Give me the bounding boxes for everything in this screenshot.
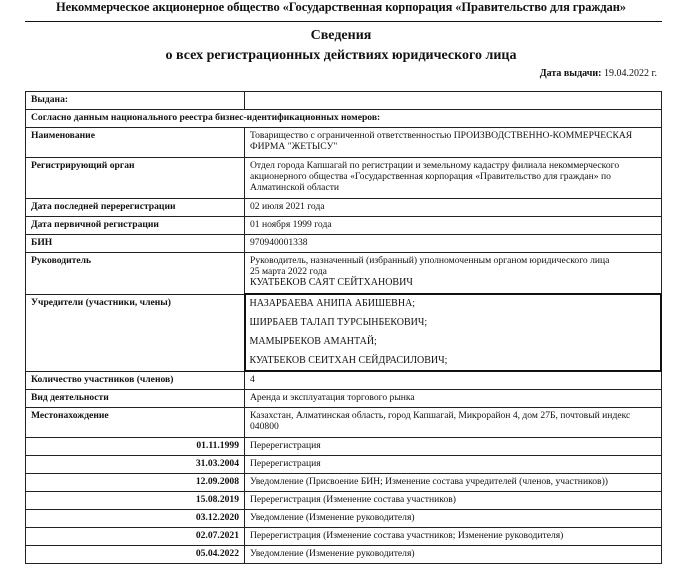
table-row-last-reregistration: Дата последней перерегистрации 02 июля 2… bbox=[26, 199, 662, 217]
action-row: 02.07.2021 Перерегистрация (Изменение со… bbox=[26, 528, 662, 546]
action-date: 05.04.2022 bbox=[26, 546, 245, 564]
document-title: Сведения bbox=[0, 28, 682, 44]
row-label: Вид деятельности bbox=[26, 390, 245, 408]
action-description: Перерегистрация (Изменение состава участ… bbox=[245, 492, 662, 510]
table-row-director: Руководитель Руководитель, назначенный (… bbox=[26, 253, 662, 295]
action-row: 15.08.2019 Перерегистрация (Изменение со… bbox=[26, 492, 662, 510]
action-row: 05.04.2022 Уведомление (Изменение руково… bbox=[26, 546, 662, 564]
header-divider bbox=[25, 21, 662, 22]
row-label: Дата первичной регистрации bbox=[26, 217, 245, 235]
row-label: Руководитель bbox=[26, 253, 245, 295]
action-row: 12.09.2008 Уведомление (Присвоение БИН; … bbox=[26, 474, 662, 492]
action-date: 01.11.1999 bbox=[26, 438, 245, 456]
action-row: 01.11.1999 Перерегистрация bbox=[26, 438, 662, 456]
row-label: БИН bbox=[26, 235, 245, 253]
table-row-registering-authority: Регистрирующий орган Отдел города Капшаг… bbox=[26, 158, 662, 199]
action-description: Перерегистрация bbox=[245, 438, 662, 456]
action-date: 03.12.2020 bbox=[26, 510, 245, 528]
table-row-bin: БИН 970940001338 bbox=[26, 235, 662, 253]
row-value: Аренда и эксплуатация торгового рынка bbox=[245, 390, 662, 408]
issue-date-value: 19.04.2022 г. bbox=[604, 68, 657, 79]
action-description: Перерегистрация (Изменение состава участ… bbox=[245, 528, 662, 546]
registry-note: Согласно данным национального реестра би… bbox=[26, 110, 662, 128]
founder-item: НАЗАРБАЕВА АНИПА АБИШЕВНА; bbox=[246, 295, 661, 313]
organization-header: Некоммерческое акционерное общество «Гос… bbox=[0, 0, 682, 14]
director-value: Руководитель, назначенный (избранный) уп… bbox=[245, 253, 662, 295]
action-row: 03.12.2020 Уведомление (Изменение руково… bbox=[26, 510, 662, 528]
action-date: 02.07.2021 bbox=[26, 528, 245, 546]
action-description: Уведомление (Изменение руководителя) bbox=[245, 510, 662, 528]
director-name: КУАТБЕКОВ САЯТ СЕЙТХАНОВИЧ bbox=[250, 277, 655, 289]
issue-date-label: Дата выдачи: bbox=[540, 68, 602, 79]
action-description: Перерегистрация bbox=[245, 456, 662, 474]
founder-item: ШИРБАЕВ ТАЛАП ТУРСЫНБЕКОВИЧ; bbox=[246, 313, 661, 332]
table-row-location: Местонахождение Казахстан, Алматинская о… bbox=[26, 408, 662, 438]
row-value: Отдел города Капшагай по регистрации и з… bbox=[245, 158, 662, 199]
issued-to-value bbox=[245, 92, 662, 110]
registry-note-row: Согласно данным национального реестра би… bbox=[26, 110, 662, 128]
action-row: 31.03.2004 Перерегистрация bbox=[26, 456, 662, 474]
row-value: Товарищество с ограниченной ответственно… bbox=[245, 128, 662, 158]
row-value: Казахстан, Алматинская область, город Ка… bbox=[245, 408, 662, 438]
row-value: 970940001338 bbox=[245, 235, 662, 253]
action-date: 15.08.2019 bbox=[26, 492, 245, 510]
action-date: 12.09.2008 bbox=[26, 474, 245, 492]
director-date: 25 марта 2022 года bbox=[250, 266, 655, 277]
row-label: Учредители (участники, члены) bbox=[26, 294, 245, 371]
row-value: 02 июля 2021 года bbox=[245, 199, 662, 217]
row-label: Количество участников (членов) bbox=[26, 371, 245, 390]
action-description: Уведомление (Изменение руководителя) bbox=[245, 546, 662, 564]
registration-info-table: Выдана: Согласно данным национального ре… bbox=[25, 91, 662, 564]
director-role: Руководитель, назначенный (избранный) уп… bbox=[250, 255, 655, 266]
founder-item: МАМЫРБЕКОВ АМАНТАЙ; bbox=[246, 332, 661, 351]
document-subtitle: о всех регистрационных действиях юридиче… bbox=[0, 48, 682, 64]
action-date: 31.03.2004 bbox=[26, 456, 245, 474]
row-value: 4 bbox=[245, 371, 662, 390]
row-label: Наименование bbox=[26, 128, 245, 158]
row-label: Местонахождение bbox=[26, 408, 245, 438]
issue-date: Дата выдачи: 19.04.2022 г. bbox=[540, 68, 657, 80]
table-row-first-registration: Дата первичной регистрации 01 ноября 199… bbox=[26, 217, 662, 235]
table-row-founders: Учредители (участники, члены) НАЗАРБАЕВА… bbox=[26, 294, 662, 371]
action-description: Уведомление (Присвоение БИН; Изменение с… bbox=[245, 474, 662, 492]
issued-to-label: Выдана: bbox=[26, 92, 245, 110]
row-label: Дата последней перерегистрации bbox=[26, 199, 245, 217]
founders-list: НАЗАРБАЕВА АНИПА АБИШЕВНА; ШИРБАЕВ ТАЛАП… bbox=[245, 294, 662, 371]
row-label: Регистрирующий орган bbox=[26, 158, 245, 199]
row-value: 01 ноября 1999 года bbox=[245, 217, 662, 235]
issued-to-row: Выдана: bbox=[26, 92, 662, 110]
founder-item: КУАТБЕКОВ СЕИТХАН СЕЙДРАСИЛОВИЧ; bbox=[246, 351, 661, 370]
table-row-member-count: Количество участников (членов) 4 bbox=[26, 371, 662, 390]
table-row-name: Наименование Товарищество с ограниченной… bbox=[26, 128, 662, 158]
table-row-activity: Вид деятельности Аренда и эксплуатация т… bbox=[26, 390, 662, 408]
